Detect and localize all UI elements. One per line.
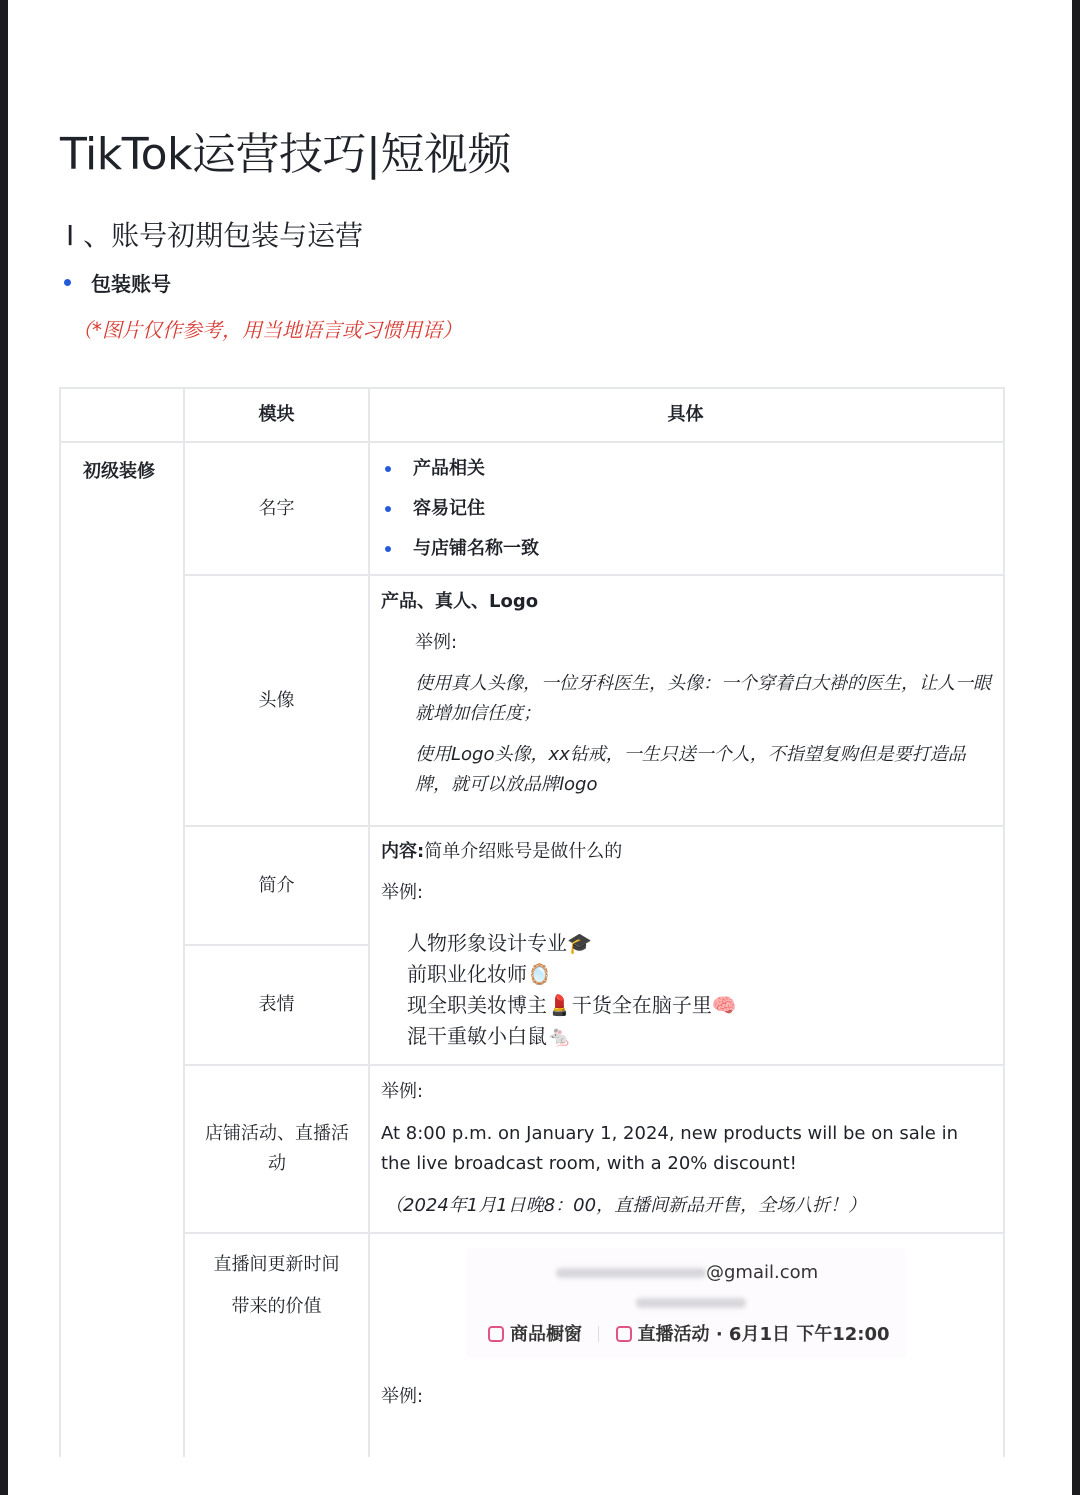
bullet-dot-icon xyxy=(64,279,71,286)
brain-icon: 🧠 xyxy=(712,993,737,1017)
bullet-dot-icon xyxy=(385,506,391,512)
bio-line: 现全职美妆博主💄干货全在脑子里🧠 xyxy=(407,990,737,1021)
bio-content-text: 简单介绍账号是做什么的 xyxy=(424,841,622,862)
activity-english: At 8:00 p.m. on January 1, 2024, new pro… xyxy=(381,1119,981,1179)
module-bio: 简介 xyxy=(185,827,368,944)
profile-links: 商品橱窗 直播活动 · 6月1日 下午12:00 xyxy=(488,1320,890,1346)
packaging-table: 模块 具体 初级装修 名字 产品相关 容易记住 与店铺名称一致 头像 产品、真人… xyxy=(59,387,1005,1457)
lipstick-icon: 💄 xyxy=(547,993,572,1017)
live-schedule-detail: @gmail.com 商品橱窗 直播活动 · 6月1日 下午12:00 举例: xyxy=(370,1234,1001,1457)
module-activity: 店铺活动、直播活动 xyxy=(201,1119,353,1179)
avatar-example-2: 使用Logo头像，xx钻戒，一生只送一个人，不指望复购但是要打造品牌，就可以放品… xyxy=(381,740,991,800)
mirror-icon: 🪞 xyxy=(527,962,552,986)
name-bullets: 产品相关 容易记住 与店铺名称一致 xyxy=(385,449,539,569)
profile-phone xyxy=(636,1292,746,1311)
category-label: 初级装修 xyxy=(83,457,155,483)
list-item: 产品相关 xyxy=(385,449,539,489)
profile-preview-image: @gmail.com 商品橱窗 直播活动 · 6月1日 下午12:00 xyxy=(466,1248,906,1358)
mouse-icon: 🐁 xyxy=(547,1024,572,1048)
header-detail: 具体 xyxy=(370,389,1001,441)
bio-line: 人物形象设计专业🎓 xyxy=(407,928,737,959)
avatar-detail: 产品、真人、Logo 举例: 使用真人头像，一位牙科医生，头像：一个穿着白大褂的… xyxy=(381,587,991,800)
shopping-bag-icon xyxy=(488,1326,504,1342)
bio-detail: 内容:简单介绍账号是做什么的 举例: 人物形象设计专业🎓 前职业化妆师🪞 现全职… xyxy=(381,837,737,1052)
bullet-dot-icon xyxy=(385,466,391,472)
bio-line: 混干重敏小白鼠🐁 xyxy=(407,1021,737,1052)
bio-example-lines: 人物形象设计专业🎓 前职业化妆师🪞 现全职美妆博主💄干货全在脑子里🧠 混干重敏小… xyxy=(381,928,737,1052)
list-item: 容易记住 xyxy=(385,489,539,529)
header-module: 模块 xyxy=(185,389,368,441)
reference-note: （*图片仅作参考，用当地语言或习惯用语） xyxy=(72,314,462,343)
row-divider xyxy=(183,1064,1003,1066)
bio-example-label: 举例: xyxy=(381,878,737,908)
profile-email: @gmail.com xyxy=(556,1262,818,1283)
avatar-example-label: 举例: xyxy=(381,628,991,658)
activity-translation: （2024年1月1日晚8：00，直播间新品开售，全场八折！） xyxy=(381,1191,981,1221)
live-example-label: 举例: xyxy=(381,1382,423,1412)
blurred-text xyxy=(636,1298,746,1308)
page-title: TikTok运营技巧|短视频 xyxy=(60,118,511,182)
graduation-cap-icon: 🎓 xyxy=(567,931,592,955)
bio-line: 前职业化妆师🪞 xyxy=(407,959,737,990)
avatar-example-1: 使用真人头像，一位牙科医生，头像：一个穿着白大褂的医生，让人一眼就增加信任度； xyxy=(381,669,991,729)
bullet-heading: 包装账号 xyxy=(64,268,171,297)
bullet-dot-icon xyxy=(385,546,391,552)
module-emoji: 表情 xyxy=(185,946,368,1064)
module-live-schedule: 直播间更新时间 带来的价值 xyxy=(185,1244,368,1328)
calendar-icon xyxy=(616,1326,632,1342)
module-name: 名字 xyxy=(185,443,368,574)
bio-content-label: 内容: xyxy=(381,841,424,862)
avatar-heading: 产品、真人、Logo xyxy=(381,587,991,617)
module-avatar: 头像 xyxy=(185,576,368,825)
section-heading: I 、账号初期包装与运营 xyxy=(66,214,363,254)
blurred-text xyxy=(556,1268,706,1278)
activity-example-label: 举例: xyxy=(381,1077,981,1107)
document-page: TikTok运营技巧|短视频 I 、账号初期包装与运营 包装账号 （*图片仅作参… xyxy=(8,0,1072,1495)
bullet-heading-text: 包装账号 xyxy=(91,268,171,297)
activity-detail: 举例: At 8:00 p.m. on January 1, 2024, new… xyxy=(381,1077,981,1221)
list-item: 与店铺名称一致 xyxy=(385,529,539,569)
